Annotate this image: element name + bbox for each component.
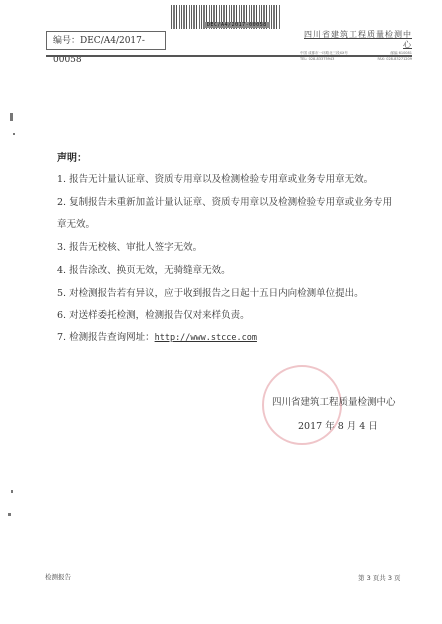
declaration-item: 1. 报告无计量认证章、资质专用章以及检测检验专用章或业务专用章无效。: [57, 171, 373, 185]
query-url-link[interactable]: http://www.stcce.com: [155, 333, 257, 343]
signature-date: 2017 年 8 月 4 日: [298, 418, 378, 432]
org-name: 四川省建筑工程质量检测中心: [300, 30, 412, 50]
declaration-item: 6. 对送样委托检测，检测报告仅对来样负责。: [57, 307, 250, 321]
declaration-title: 声明：: [57, 149, 87, 164]
scan-mark: [8, 513, 11, 516]
signature-org: 四川省建筑工程质量检测中心: [272, 394, 396, 408]
org-tel: TEL: 028-83375943: [300, 56, 334, 62]
report-number-box: 编号：DEC/A4/2017-00058: [46, 31, 166, 50]
header-divider: [46, 55, 412, 57]
scan-mark: [13, 133, 15, 135]
url-label: 7. 检测报告查询网址：: [57, 332, 155, 343]
org-header: 四川省建筑工程质量检测中心 中国 成都市一环路北三段XX号 邮编 610081 …: [300, 30, 412, 62]
declaration-item: 2. 复制报告未重新加盖计量认证章、资质专用章以及检测检验专用章或业务专用: [57, 194, 392, 208]
barcode-text: DEC/A4/2017-00058: [204, 22, 270, 28]
declaration-item: 5. 对检测报告若有异议，应于收到报告之日起十五日内向检测单位提出。: [57, 285, 364, 299]
org-fax: FAX: 028-83271209: [377, 56, 412, 62]
scan-mark: [11, 490, 13, 493]
declaration-item: 3. 报告无校核、审批人签字无效。: [57, 239, 202, 253]
declaration-item-url: 7. 检测报告查询网址：http://www.stcce.com: [57, 329, 257, 343]
declaration-item: 4. 报告涂改、换页无效，无骑缝章无效。: [57, 262, 231, 276]
scan-mark: [10, 113, 13, 121]
declaration-item: 章无效。: [57, 216, 95, 230]
report-number-label: 编号：: [53, 36, 80, 46]
footer-doc-type: 检测报告: [45, 572, 71, 581]
footer-page-number: 第 3 页共 3 页: [358, 573, 401, 582]
org-contact-line: TEL: 028-83375943 FAX: 028-83271209: [300, 56, 412, 62]
